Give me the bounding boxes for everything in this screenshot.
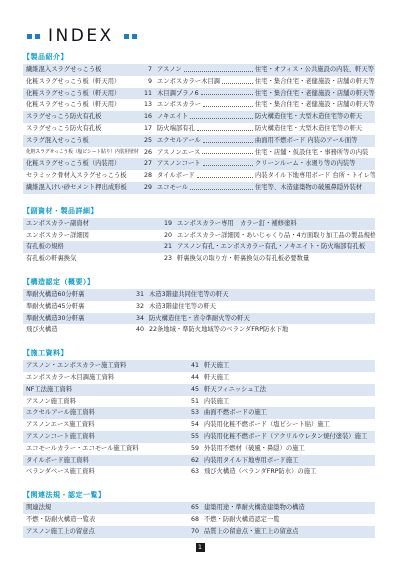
row-page-number: 13 xyxy=(136,99,152,111)
toc-row: 繊維混入スラグせっこう板 7 アスノン 住宅・オフィス・公共施設の内装、軒天等 xyxy=(23,64,375,76)
toc-row: エンボスカラー副資材 19 エンボスカラー専用 カラー釘・補修塗料 xyxy=(23,218,375,230)
row-page-number: 29 xyxy=(136,182,152,194)
row-description: 品質上の留意点・施工上の留意点 xyxy=(204,526,375,538)
toc-section: 【構造認定（概要）】 準耐火構造60分軒裏 31 木造3階建共同住宅等の軒天 準… xyxy=(23,278,375,336)
row-label: エンボスカラー副資材 xyxy=(26,218,156,230)
toc-section: 【施工資料】 アスノン・エンボスカラー施工資料 41 軒天施工 エンボスカラー木… xyxy=(23,349,375,478)
row-label: 準耐火構造60分軒裏 xyxy=(26,289,128,301)
row-description: 木造3階建共同住宅等の軒天 xyxy=(149,289,375,301)
row-page-number: 32 xyxy=(128,301,144,313)
dotted-leader-icon xyxy=(201,91,253,95)
row-description: 内装用化粧不燃ボード（アクリルウレタン焼付塗装）施工 xyxy=(204,431,375,443)
toc-row: 準耐火構造45分軒裏 32 木造3階建住宅等の軒天 xyxy=(23,301,375,313)
row-label: 化粧スラグせっこう板（軒天用） xyxy=(26,76,136,88)
row-brand-name: 防火端部有孔 xyxy=(157,123,195,135)
row-brand: 木目調プラノ6 xyxy=(157,88,255,100)
row-page-number: 9 xyxy=(136,76,152,88)
row-page-number: 63 xyxy=(183,466,199,478)
row-label: セラミック骨材入スラグせっこう板 xyxy=(26,170,136,182)
toc-section: 【副資材・製品詳細】 エンボスカラー副資材 19 エンボスカラー専用 カラー釘・… xyxy=(23,207,375,265)
row-brand: エンボスカラー木目調 xyxy=(157,76,255,88)
row-label: 有孔板の軒裏換気 xyxy=(26,253,156,265)
dotted-leader-icon xyxy=(222,80,253,84)
toc-row: 化粧スラグせっこう板（軒天用） 13 エンボスカラー 住宅・集合住宅・老健施設・… xyxy=(23,99,375,111)
row-page-number: 54 xyxy=(183,419,199,431)
row-description: 内装タイル下地専用ボード 台所・トイレ等 xyxy=(255,170,375,182)
row-label: エコモールカラー・エコモール施工資料 xyxy=(26,443,183,455)
row-page-number: 26 xyxy=(136,147,152,159)
row-page-number: 55 xyxy=(183,431,199,443)
row-label: ベランダベース施工資料 xyxy=(26,466,183,478)
row-label: エンボスカラー木目調施工資料 xyxy=(26,372,183,384)
row-description: 住宅・集合住宅・老健施設・店舗の軒天等 xyxy=(255,76,375,88)
toc-row: 不燃・防耐火構造一覧表 68 不燃・防耐火構造認定一覧 xyxy=(23,514,375,526)
section-rows: アスノン・エンボスカラー施工資料 41 軒天施工 エンボスカラー木目調施工資料 … xyxy=(23,360,375,478)
toc-row: 繊維混入けい砂セメント押出成形板 29 エコモール 住宅等、木造建築物の破風鼻隠… xyxy=(23,182,375,194)
section-title: 【副資材・製品詳細】 xyxy=(23,207,375,216)
toc-row: 化粧スラグせっこう板（塩ビシート貼り）内装用壁材 26 アスノンエース 住宅・店… xyxy=(23,147,375,159)
section-rows: 関連法規 65 建築用途・準耐火構造建築物の構造 不燃・防耐火構造一覧表 68 … xyxy=(23,502,375,537)
dotted-leader-icon xyxy=(190,115,253,119)
row-label: 有孔板の規格 xyxy=(26,241,156,253)
toc-row: 化粧スラグせっこう板（軒天用） 9 エンボスカラー木目調 住宅・集合住宅・老健施… xyxy=(23,76,375,88)
toc-row: タイルボード施工資料 62 内装用タイル下地専用ボード施工 xyxy=(23,455,375,467)
blue-square-icon xyxy=(27,34,32,39)
toc-row: 関連法規 65 建築用途・準耐火構造建築物の構造 xyxy=(23,502,375,514)
row-page-number: 45 xyxy=(183,384,199,396)
row-description: 曲面用不燃ボード 内装のアール面等 xyxy=(255,135,375,147)
row-page-number: 44 xyxy=(183,372,199,384)
row-description: エンボスカラー専用 カラー釘・補修塗料 xyxy=(177,218,375,230)
toc-row: セラミック骨材入スラグせっこう板 28 タイルボード 内装タイル下地専用ボード … xyxy=(23,170,375,182)
row-description: 防火構造住宅・省令準耐火等の軒天 xyxy=(149,313,375,325)
toc-row: アスノン施工資料 51 内装施工 xyxy=(23,396,375,408)
row-label: スラグせっこう防火有孔板 xyxy=(26,111,136,123)
row-description: アスノン有孔・エンボスカラー有孔・ノキエイト・防火端部有孔板 xyxy=(177,241,375,253)
row-label: 繊維混入スラグせっこう板 xyxy=(26,64,136,76)
dotted-leader-icon xyxy=(190,186,253,190)
row-label: 化粧スラグせっこう板（軒天用） xyxy=(26,88,136,100)
row-description: 軒天施工 xyxy=(204,372,375,384)
row-page-number: 23 xyxy=(156,253,172,265)
row-description: 軒天施工 xyxy=(204,360,375,372)
toc-row: 有孔板の規格 21 アスノン有孔・エンボスカラー有孔・ノキエイト・防火端部有孔板 xyxy=(23,241,375,253)
row-page-number: 25 xyxy=(136,135,152,147)
dotted-leader-icon xyxy=(184,68,253,72)
index-page: INDEX 【製品紹介】 繊維混入スラグせっこう板 7 アスノン 住宅・オフィス… xyxy=(0,0,400,566)
row-brand: ノキエイト xyxy=(157,111,255,123)
row-description: 内装用タイル下地専用ボード施工 xyxy=(204,455,375,467)
row-description: 木造3階建住宅等の軒天 xyxy=(149,301,375,313)
toc-row: アスノン施工上の留意点 70 品質上の留意点・施工上の留意点 xyxy=(23,526,375,538)
toc-row: アスノンコート施工資料 55 内装用化粧不燃ボード（アクリルウレタン焼付塗装）施… xyxy=(23,431,375,443)
row-description: 住宅・店舗・仮設住宅・事務所等の内装 xyxy=(255,147,375,159)
page-title-block: INDEX xyxy=(0,0,400,46)
toc-row: スラグせっこう防火有孔板 17 防火端部有孔 防火構造住宅・大型木造住宅等の軒天 xyxy=(23,123,375,135)
section-title: 【製品紹介】 xyxy=(23,53,375,62)
toc-section: 【関連法規・認定一覧】 関連法規 65 建築用途・準耐火構造建築物の構造 不燃・… xyxy=(23,491,375,537)
row-label: 化粧スラグせっこう板（塩ビシート貼り）内装用壁材 xyxy=(26,147,136,159)
row-description: 住宅・集合住宅・老健施設・店舗の軒天等 xyxy=(255,99,375,111)
row-description: 防火構造住宅・大型木造住宅等の軒天 xyxy=(255,111,375,123)
toc-row: エンボスカラー木目調施工資料 44 軒天施工 xyxy=(23,372,375,384)
row-label: NF工法施工資料 xyxy=(26,384,183,396)
toc-row: ベランダベース施工資料 63 飛び火構造（ベランダFRP防水）の施工 xyxy=(23,466,375,478)
toc-row: アスノンエース施工資料 54 内装用化粧不燃ボード（塩ビシート貼）施工 xyxy=(23,419,375,431)
toc-row: スラグ混入せっこう板 25 エクセルアール 曲面用不燃ボード 内装のアール面等 xyxy=(23,135,375,147)
row-label: アスノン施工資料 xyxy=(26,396,183,408)
dotted-leader-icon xyxy=(202,150,253,154)
row-label: エクセルアール施工資料 xyxy=(26,407,183,419)
row-brand: アスノン xyxy=(157,64,255,76)
dotted-leader-icon xyxy=(203,162,253,166)
dotted-leader-icon xyxy=(197,127,253,131)
page-title: INDEX xyxy=(48,26,114,46)
section-title: 【施工資料】 xyxy=(23,349,375,358)
row-page-number: 19 xyxy=(156,218,172,230)
row-brand: アスノンエース xyxy=(157,147,255,159)
index-sections: 【製品紹介】 繊維混入スラグせっこう板 7 アスノン 住宅・オフィス・公共施設の… xyxy=(23,53,375,538)
toc-row: 化粧スラグせっこう板（内装用） 27 アスノンコート クリーンルーム・水廻り等の… xyxy=(23,158,375,170)
row-page-number: 16 xyxy=(136,111,152,123)
row-brand-name: タイルボード xyxy=(157,170,195,182)
row-brand-name: アスノンコート xyxy=(157,158,201,170)
row-page-number: 31 xyxy=(128,289,144,301)
blue-square-icon xyxy=(124,34,129,39)
dotted-leader-icon xyxy=(203,139,253,143)
row-brand-name: エコモール xyxy=(157,182,188,194)
row-page-number: 17 xyxy=(136,123,152,135)
row-brand-name: エンボスカラー木目調 xyxy=(157,76,220,88)
row-page-number: 70 xyxy=(183,526,199,538)
row-label: 化粧スラグせっこう板（軒天用） xyxy=(26,99,136,111)
blue-square-icon xyxy=(35,34,40,39)
row-label: タイルボード施工資料 xyxy=(26,455,183,467)
row-page-number: 7 xyxy=(136,64,152,76)
row-page-number: 59 xyxy=(183,443,199,455)
row-brand: エクセルアール xyxy=(157,135,255,147)
toc-row: 準耐火構造30分軒裏 34 防火構造住宅・省令準耐火等の軒天 xyxy=(23,313,375,325)
row-label: アスノン・エンボスカラー施工資料 xyxy=(26,360,183,372)
row-brand: タイルボード xyxy=(157,170,255,182)
row-page-number: 68 xyxy=(183,514,199,526)
toc-row: 飛び火構造 40 22条地域・準防火地域等のベランダFRP防水下地 xyxy=(23,324,375,336)
row-label: 関連法規 xyxy=(26,502,183,514)
row-description: 住宅・集合住宅・老健施設・店舗の軒天等 xyxy=(255,88,375,100)
toc-row: NF工法施工資料 45 軒天フィニッシュ工法 xyxy=(23,384,375,396)
row-brand: アスノンコート xyxy=(157,158,255,170)
row-page-number: 62 xyxy=(183,455,199,467)
toc-row: エンボスカラー詳細図 20 エンボスカラー詳細図・あいじゃくり品・4方面取り加工… xyxy=(23,230,375,242)
toc-row: 有孔板の軒裏換気 23 軒裏換気の取り方・軒裏換気の有孔板必要数量 xyxy=(23,253,375,265)
row-description: 曲面不燃ボードの施工 xyxy=(204,407,375,419)
dotted-leader-icon xyxy=(203,103,253,107)
row-label: 準耐火構造45分軒裏 xyxy=(26,301,128,313)
row-description: エンボスカラー詳細図・あいじゃくり品・4方面取り加工品の製品規格 xyxy=(177,230,375,242)
row-brand-name: エクセルアール xyxy=(157,135,201,147)
row-page-number: 41 xyxy=(183,360,199,372)
row-brand: 防火端部有孔 xyxy=(157,123,255,135)
row-description: 軒裏換気の取り方・軒裏換気の有孔板必要数量 xyxy=(177,253,375,265)
row-description: 内装施工 xyxy=(204,396,375,408)
row-page-number: 40 xyxy=(128,324,144,336)
row-label: エンボスカラー詳細図 xyxy=(26,230,156,242)
row-brand-name: 木目調プラノ6 xyxy=(157,88,199,100)
toc-section: 【製品紹介】 繊維混入スラグせっこう板 7 アスノン 住宅・オフィス・公共施設の… xyxy=(23,53,375,194)
toc-row: アスノン・エンボスカラー施工資料 41 軒天施工 xyxy=(23,360,375,372)
row-description: 軒天フィニッシュ工法 xyxy=(204,384,375,396)
row-page-number: 51 xyxy=(183,396,199,408)
row-description: 22条地域・準防火地域等のベランダFRP防水下地 xyxy=(149,324,375,336)
index-left-squares-icon xyxy=(27,34,43,39)
toc-row: スラグせっこう防火有孔板 16 ノキエイト 防火構造住宅・大型木造住宅等の軒天 xyxy=(23,111,375,123)
row-description: クリーンルーム・水廻り等の内装等 xyxy=(255,158,375,170)
toc-row: エクセルアール施工資料 53 曲面不燃ボードの施工 xyxy=(23,407,375,419)
dotted-leader-icon xyxy=(197,174,253,178)
row-page-number: 53 xyxy=(183,407,199,419)
row-label: 化粧スラグせっこう板（内装用） xyxy=(26,158,136,170)
row-label: 不燃・防耐火構造一覧表 xyxy=(26,514,183,526)
row-description: 防火構造住宅・大型木造住宅等の軒天 xyxy=(255,123,375,135)
row-brand-name: アスノンエース xyxy=(157,147,200,159)
row-brand-name: ノキエイト xyxy=(157,111,188,123)
row-brand-name: アスノン xyxy=(157,64,182,76)
row-description: 住宅・オフィス・公共施設の内装、軒天等 xyxy=(255,64,375,76)
row-page-number: 20 xyxy=(156,230,172,242)
row-brand-name: エンボスカラー xyxy=(157,99,201,111)
row-label: スラグせっこう防火有孔板 xyxy=(26,123,136,135)
toc-row: 化粧スラグせっこう板（軒天用） 11 木目調プラノ6 住宅・集合住宅・老健施設・… xyxy=(23,88,375,100)
toc-row: エコモールカラー・エコモール施工資料 59 外装用不燃材（破風・鼻隠）の施工 xyxy=(23,443,375,455)
section-rows: 準耐火構造60分軒裏 31 木造3階建共同住宅等の軒天 準耐火構造45分軒裏 3… xyxy=(23,289,375,336)
row-description: 住宅等、木造建築物の破風鼻隠外装材 xyxy=(255,182,375,194)
row-page-number: 34 xyxy=(128,313,144,325)
row-description: 不燃・防耐火構造認定一覧 xyxy=(204,514,375,526)
blue-square-icon xyxy=(132,34,137,39)
toc-row: 準耐火構造60分軒裏 31 木造3階建共同住宅等の軒天 xyxy=(23,289,375,301)
row-page-number: 11 xyxy=(136,88,152,100)
row-page-number: 65 xyxy=(183,502,199,514)
row-label: アスノンコート施工資料 xyxy=(26,431,183,443)
row-page-number: 27 xyxy=(136,158,152,170)
row-label: スラグ混入せっこう板 xyxy=(26,135,136,147)
row-brand: エンボスカラー xyxy=(157,99,255,111)
row-page-number: 21 xyxy=(156,241,172,253)
row-description: 建築用途・準耐火構造建築物の構造 xyxy=(204,502,375,514)
row-description: 飛び火構造（ベランダFRP防水）の施工 xyxy=(204,466,375,478)
section-title: 【構造認定（概要）】 xyxy=(23,278,375,287)
section-rows: 繊維混入スラグせっこう板 7 アスノン 住宅・オフィス・公共施設の内装、軒天等 … xyxy=(23,64,375,194)
row-page-number: 28 xyxy=(136,170,152,182)
section-title: 【関連法規・認定一覧】 xyxy=(23,491,375,500)
row-label: 準耐火構造30分軒裏 xyxy=(26,313,128,325)
page-number-badge: 1 xyxy=(196,543,205,552)
row-label: アスノンエース施工資料 xyxy=(26,419,183,431)
row-description: 内装用化粧不燃ボード（塩ビシート貼）施工 xyxy=(204,419,375,431)
row-label: 飛び火構造 xyxy=(26,324,128,336)
row-description: 外装用不燃材（破風・鼻隠）の施工 xyxy=(204,443,375,455)
row-label: アスノン施工上の留意点 xyxy=(26,526,183,538)
index-right-squares-icon xyxy=(121,34,137,39)
section-rows: エンボスカラー副資材 19 エンボスカラー専用 カラー釘・補修塗料 エンボスカラ… xyxy=(23,218,375,265)
row-brand: エコモール xyxy=(157,182,255,194)
row-label: 繊維混入けい砂セメント押出成形板 xyxy=(26,182,136,194)
